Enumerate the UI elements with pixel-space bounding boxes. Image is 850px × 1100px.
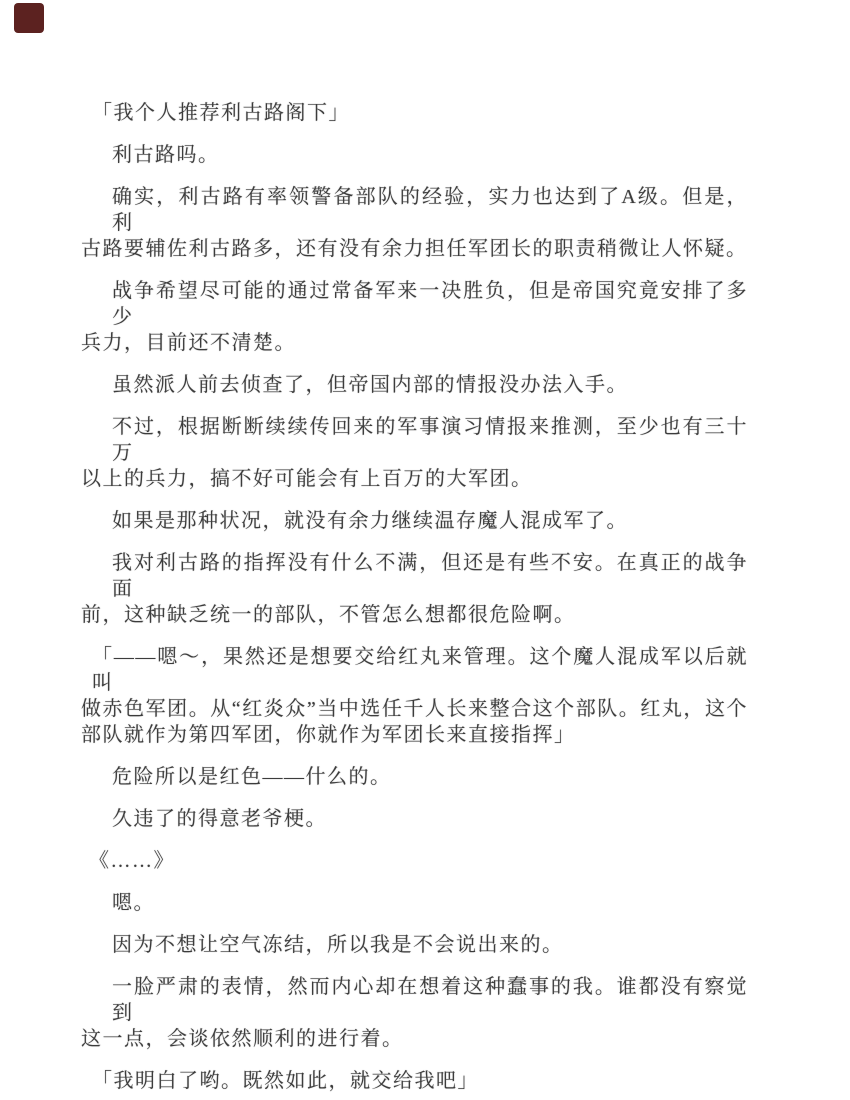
paragraph-line: 危险所以是红色——什么的。 xyxy=(81,764,748,790)
paragraph-line: 我对利古路的指挥没有什么不满，但还是有些不安。在真正的战争面 xyxy=(81,550,748,602)
paragraph-line: 久违了的得意老爷梗。 xyxy=(81,806,748,832)
paragraph: 「我明白了哟。既然如此，就交给我吧」 xyxy=(81,1068,748,1094)
paragraph: 战争希望尽可能的通过常备军来一决胜负，但是帝国究竟安排了多少兵力，目前还不清楚。 xyxy=(81,278,748,356)
paragraph-line: 古路要辅佐利古路多，还有没有余力担任军团长的职责稍微让人怀疑。 xyxy=(81,236,748,262)
paragraph-line: 嗯。 xyxy=(81,890,748,916)
paragraph: 嗯。 xyxy=(81,890,748,916)
novel-page: 「我个人推荐利古路阁下」利古路吗。确实，利古路有率领警备部队的经验，实力也达到了… xyxy=(0,0,850,1100)
paragraph: 我对利古路的指挥没有什么不满，但还是有些不安。在真正的战争面前，这种缺乏统一的部… xyxy=(81,550,748,628)
paragraph-line: 一脸严肃的表情，然而内心却在想着这种蠢事的我。谁都没有察觉到 xyxy=(81,974,748,1026)
paragraph: 利古路吗。 xyxy=(81,142,748,168)
corner-bookmark-marker xyxy=(14,3,44,33)
paragraph-line: 如果是那种状况，就没有余力继续温存魔人混成军了。 xyxy=(81,508,748,534)
paragraph-line: 做赤色军团。从“红炎众”当中选任千人长来整合这个部队。红丸，这个 xyxy=(81,696,748,722)
paragraph: 「——嗯～，果然还是想要交给红丸来管理。这个魔人混成军以后就叫做赤色军团。从“红… xyxy=(81,644,748,748)
paragraph-line: 「我个人推荐利古路阁下」 xyxy=(81,100,748,126)
paragraph-line: 《……》 xyxy=(81,848,748,874)
paragraph-line: 前，这种缺乏统一的部队，不管怎么想都很危险啊。 xyxy=(81,602,748,628)
paragraph-line: 部队就作为第四军团，你就作为军团长来直接指挥」 xyxy=(81,722,748,748)
paragraph-line: 利古路吗。 xyxy=(81,142,748,168)
paragraph-line: 这一点，会谈依然顺利的进行着。 xyxy=(81,1026,748,1052)
paragraph: 危险所以是红色——什么的。 xyxy=(81,764,748,790)
paragraph-line: 战争希望尽可能的通过常备军来一决胜负，但是帝国究竟安排了多少 xyxy=(81,278,748,330)
paragraph: 《……》 xyxy=(81,848,748,874)
paragraph: 不过，根据断断续续传回来的军事演习情报来推测，至少也有三十万以上的兵力，搞不好可… xyxy=(81,414,748,492)
paragraph-line: 「——嗯～，果然还是想要交给红丸来管理。这个魔人混成军以后就叫 xyxy=(81,644,748,696)
paragraph-line: 不过，根据断断续续传回来的军事演习情报来推测，至少也有三十万 xyxy=(81,414,748,466)
paragraph-line: 因为不想让空气冻结，所以我是不会说出来的。 xyxy=(81,932,748,958)
paragraph-line: 确实，利古路有率领警备部队的经验，实力也达到了A级。但是，利 xyxy=(81,184,748,236)
paragraph: 确实，利古路有率领警备部队的经验，实力也达到了A级。但是，利古路要辅佐利古路多，… xyxy=(81,184,748,262)
paragraph: 久违了的得意老爷梗。 xyxy=(81,806,748,832)
paragraph-line: 兵力，目前还不清楚。 xyxy=(81,330,748,356)
paragraph-line: 「我明白了哟。既然如此，就交给我吧」 xyxy=(81,1068,748,1094)
text-content: 「我个人推荐利古路阁下」利古路吗。确实，利古路有率领警备部队的经验，实力也达到了… xyxy=(81,0,748,1094)
paragraph: 虽然派人前去侦查了，但帝国内部的情报没办法入手。 xyxy=(81,372,748,398)
paragraph: 如果是那种状况，就没有余力继续温存魔人混成军了。 xyxy=(81,508,748,534)
paragraph: 「我个人推荐利古路阁下」 xyxy=(81,100,748,126)
paragraph-line: 虽然派人前去侦查了，但帝国内部的情报没办法入手。 xyxy=(81,372,748,398)
paragraph: 一脸严肃的表情，然而内心却在想着这种蠢事的我。谁都没有察觉到这一点，会谈依然顺利… xyxy=(81,974,748,1052)
paragraph: 因为不想让空气冻结，所以我是不会说出来的。 xyxy=(81,932,748,958)
paragraph-line: 以上的兵力，搞不好可能会有上百万的大军团。 xyxy=(81,466,748,492)
